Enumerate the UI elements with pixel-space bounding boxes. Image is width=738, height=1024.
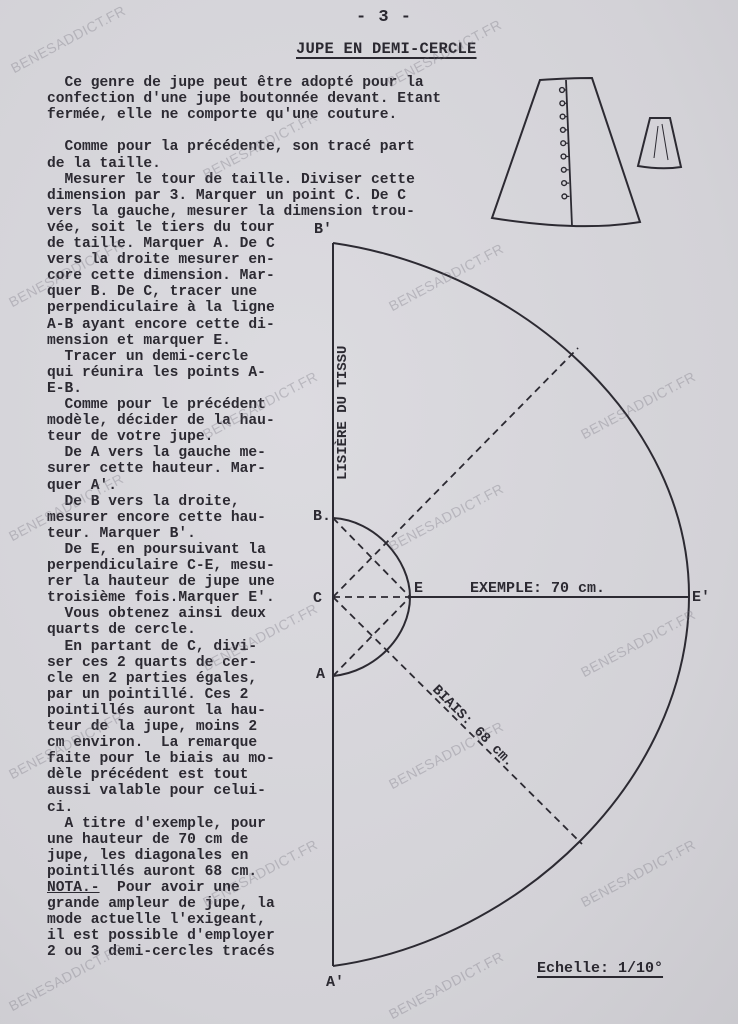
large-skirt-illustration [492,78,640,226]
small-skirt-illustration [638,118,681,168]
label-e-prime: E' [692,589,710,606]
button-icons [560,88,570,199]
half-circle-pattern [333,243,689,966]
label-b-prime: B' [314,221,332,238]
selvage-label: LISIÈRE DU TISSU [333,346,351,480]
label-b: B. [313,508,331,525]
label-e: E [414,580,423,597]
label-a-prime: A' [326,974,344,991]
label-a: A [316,666,325,683]
scale-label: Echelle: 1/10° [537,960,663,977]
example-label: EXEMPLE: 70 cm. [470,580,605,597]
